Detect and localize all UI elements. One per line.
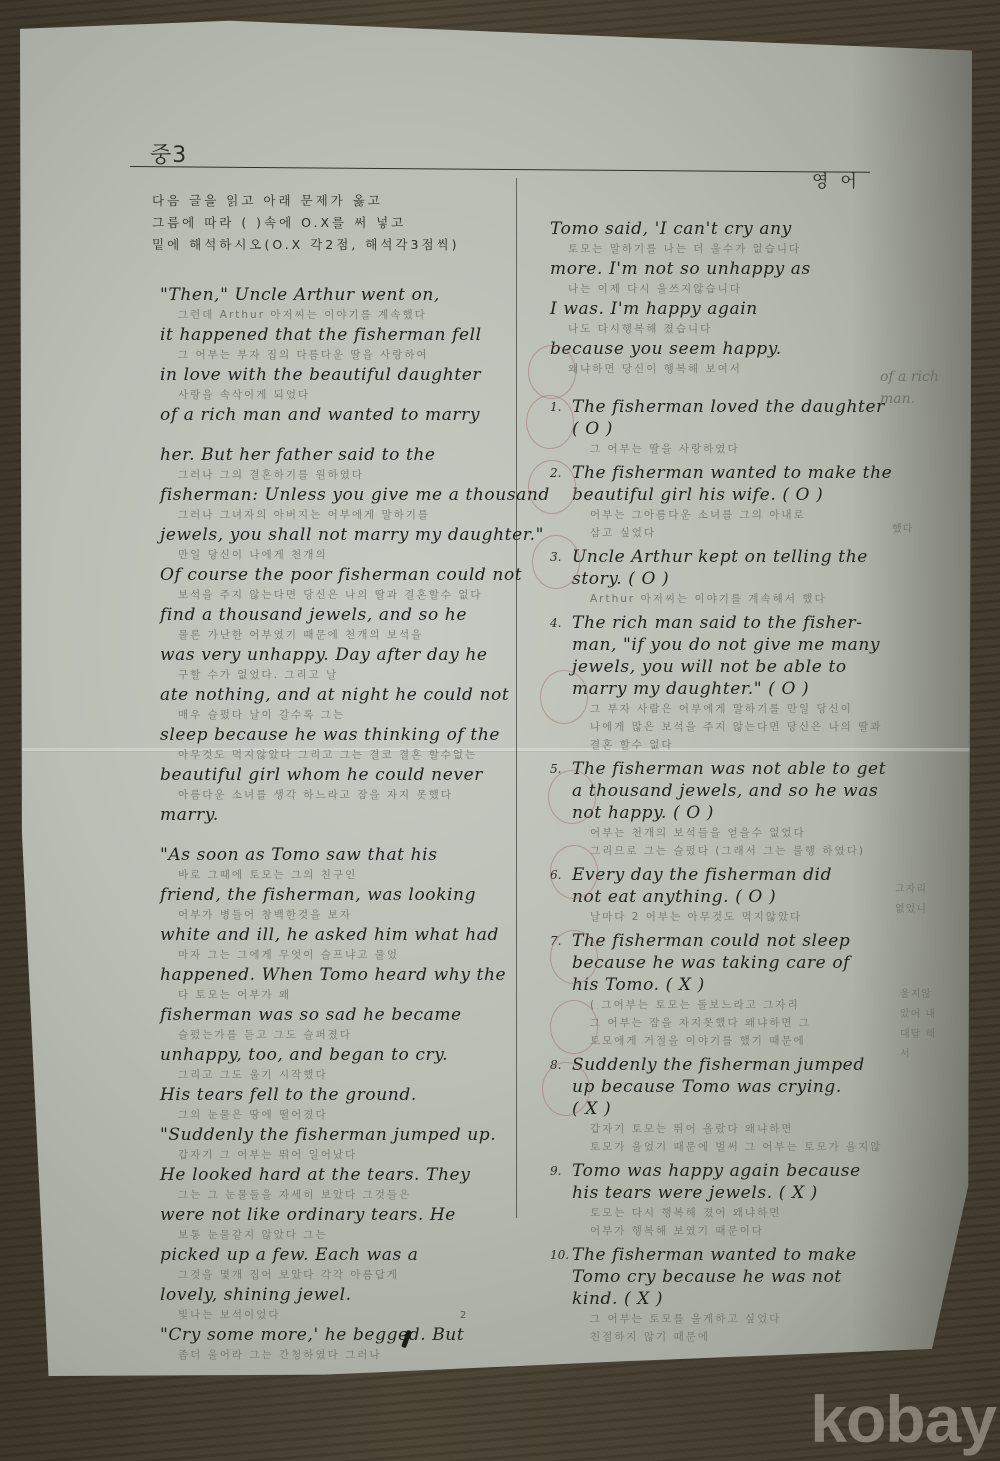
question-line: a thousand jewels, and so he was — [572, 780, 880, 802]
question-line: his tears were jewels. ( X ) — [572, 1182, 880, 1204]
subject-label: 영어 — [812, 167, 869, 192]
question-item: 3.Uncle Arthur kept on telling thestory.… — [572, 546, 880, 608]
passage-line: "Cry some more,' he begged. But — [160, 1324, 530, 1346]
grading-circle-mark — [550, 1000, 598, 1054]
question-item: 8.Suddenly the fisherman jumpedup becaus… — [572, 1054, 880, 1156]
question-line: The fisherman loved the daughter — [572, 396, 880, 418]
question-number: 10. — [550, 1244, 569, 1266]
korean-translation: 그 어부는 부자 집의 다름다운 딸을 사랑하여 — [160, 346, 530, 364]
korean-translation: 빛나는 보석이었다 — [160, 1306, 530, 1324]
korean-translation: 그러나 그녀자의 아버지는 어부에게 말하기를 — [160, 506, 530, 524]
korean-translation: 아무것도 먹지않았다 그리고 그는 결코 결혼 할수없는 — [160, 746, 530, 764]
korean-translation: 만일 당신이 나에게 천개의 — [160, 546, 530, 564]
korean-translation: 결혼 할수 없다 — [572, 736, 880, 754]
passage-line: His tears fell to the ground. — [160, 1084, 530, 1106]
grading-circle-mark — [542, 1062, 590, 1116]
question-line: The fisherman was not able to get — [572, 758, 880, 780]
question-line: The fisherman wanted to make — [572, 1244, 880, 1266]
korean-translation: 다 토모는 어부가 왜 — [160, 986, 530, 1004]
question-line: marry my daughter." ( O ) — [572, 678, 880, 700]
question-line: The fisherman could not sleep — [572, 930, 880, 952]
korean-translation: 그리고 그도 울기 시작했다 — [160, 1066, 530, 1084]
passage-line: friend, the fisherman, was looking — [160, 884, 530, 906]
question-number: 4. — [550, 612, 561, 634]
story-line: I was. I'm happy again — [550, 298, 880, 320]
question-line: The rich man said to the fisher- — [572, 612, 880, 634]
question-line: Uncle Arthur kept on telling the — [572, 546, 880, 568]
korean-translation: 왜냐하면 당신이 행복해 보여서 — [550, 360, 880, 378]
korean-translation: 친절하지 않기 때문에 — [572, 1328, 880, 1346]
passage-line: lovely, shining jewel. — [160, 1284, 530, 1306]
question-line: Tomo was happy again because — [572, 1160, 880, 1182]
passage-line: happened. When Tomo heard why the — [160, 964, 530, 986]
korean-translation: 토모는 말하기를 나는 더 울수가 없습니다 — [550, 240, 880, 258]
korean-translation: 갑자기 토모는 뛰어 올랐다 왜냐하면 — [572, 1120, 880, 1138]
question-list: 1.The fisherman loved the daughter( O )그… — [550, 396, 880, 1346]
right-column: Tomo said, 'I can't cry any토모는 말하기를 나는 더… — [550, 218, 880, 1350]
korean-translation: 보통 눈물같지 않았다 그는 — [160, 1226, 530, 1244]
passage-line: "Then," Uncle Arthur went on, — [160, 284, 530, 306]
story-line: Tomo said, 'I can't cry any — [550, 218, 880, 240]
korean-translation: 나에게 많은 보석을 주지 않는다면 당신은 나의 딸과 — [572, 718, 880, 736]
korean-translation: 나는 이제 다시 울쓰지않습니다 — [550, 280, 880, 298]
story-continuation: Tomo said, 'I can't cry any토모는 말하기를 나는 더… — [550, 218, 880, 378]
passage-line: white and ill, he asked him what had — [160, 924, 530, 946]
question-line: because he was taking care of — [572, 952, 880, 974]
grading-circle-mark — [528, 460, 576, 514]
story-line: more. I'm not so unhappy as — [550, 258, 880, 280]
korean-translation: 그 어부는 토모를 울게하고 싶었다 — [572, 1310, 880, 1328]
question-line: Tomo cry because he was not — [572, 1266, 880, 1288]
question-line: The fisherman wanted to make the — [572, 462, 880, 484]
exam-instructions: 다음 글을 읽고 아래 문제가 옳고 그름에 따라 ( )속에 O.X를 써 넣… — [152, 190, 512, 256]
question-line: Suddenly the fisherman jumped — [572, 1054, 880, 1076]
story-line: because you seem happy. — [550, 338, 880, 360]
korean-translation: Arthur 아저씨는 이야기를 계속해서 했다 — [572, 590, 880, 608]
question-item: 10.The fisherman wanted to makeTomo cry … — [572, 1244, 880, 1346]
question-line: jewels, you will not be able to — [572, 656, 880, 678]
korean-translation: 그 어부는 잠을 자지못했다 왜냐하면 그 — [572, 1014, 880, 1032]
korean-translation: 그는 그 눈물들을 자세히 보았다 그것들은 — [160, 1186, 530, 1204]
grading-circle-mark — [550, 845, 598, 899]
grading-circle-mark — [528, 345, 576, 399]
question-line: not eat anything. ( O ) — [572, 886, 880, 908]
korean-translation: 그것을 몇개 집어 보았다 각각 아름답게 — [160, 1266, 530, 1284]
passage-line: find a thousand jewels, and so he — [160, 604, 530, 626]
margin-note-q1: of a rich man. — [880, 366, 939, 410]
korean-translation: 매우 슬펐다 날이 갈수록 그는 — [160, 706, 530, 724]
page-number: 2 — [460, 1310, 466, 1321]
margin-note-ko: 그자리 없었니 — [895, 880, 935, 920]
passage-line: "As soon as Tomo saw that his — [160, 844, 530, 866]
grading-circle-mark — [532, 535, 580, 589]
korean-translation: 사랑을 속삭이게 되었다 — [160, 386, 530, 404]
question-item: 2.The fisherman wanted to make thebeauti… — [572, 462, 880, 542]
question-item: 9.Tomo was happy again becausehis tears … — [572, 1160, 880, 1240]
korean-translation: 바로 그때에 토모는 그의 친구인 — [160, 866, 530, 884]
korean-translation: 갑자기 그 어부는 뛰어 일어났다 — [160, 1146, 530, 1164]
korean-translation: 그리므로 그는 슬펐다 (그래서 그는 불행 하였다) — [572, 842, 880, 860]
question-line: ( O ) — [572, 418, 880, 440]
passage-line: He looked hard at the tears. They — [160, 1164, 530, 1186]
grading-circle-mark — [526, 395, 574, 449]
korean-translation: 그 어부는 딸을 사랑하였다 — [572, 440, 880, 458]
grading-circle-mark — [550, 930, 598, 984]
question-line: up because Tomo was crying. — [572, 1076, 880, 1098]
question-line: story. ( O ) — [572, 568, 880, 590]
passage-line: unhappy, too, and began to cry. — [160, 1044, 530, 1066]
korean-translation: 슬펐는가를 듣고 그도 슬퍼졌다 — [160, 1026, 530, 1044]
passage-line: were not like ordinary tears. He — [160, 1204, 530, 1226]
passage-line: fisherman was so sad he became — [160, 1004, 530, 1026]
korean-translation: 어부는 그아름다운 소녀를 그의 아내로 — [572, 506, 880, 524]
korean-translation: 좀더 울어라 그는 간청하였다 그러나 — [160, 1346, 530, 1364]
korean-translation: 어부는 천개의 보석들을 얻을수 없었다 — [572, 824, 880, 842]
korean-translation — [160, 426, 530, 444]
korean-translation: 아름다운 소녀를 생각 하느라고 잠을 자지 못했다 — [160, 786, 530, 804]
passage-line: Of course the poor fisherman could not — [160, 564, 530, 586]
passage-line: ate nothing, and at night he could not — [160, 684, 530, 706]
korean-translation: 날마다 2 어부는 아무것도 먹지않았다 — [572, 908, 880, 926]
korean-translation: 토모는 다시 행복해 졌어 왜냐하면 — [572, 1204, 880, 1222]
passage-line: of a rich man and wanted to marry — [160, 404, 530, 426]
korean-translation: 토모가 울었기 때문에 벌써 그 어부는 토모가 울지않 — [572, 1138, 880, 1156]
grading-circle-mark — [548, 770, 596, 824]
question-item: 1.The fisherman loved the daughter( O )그… — [572, 396, 880, 458]
watermark-logo: kobay — [810, 1381, 996, 1457]
passage-line: it happened that the fisherman fell — [160, 324, 530, 346]
question-line: not happy. ( O ) — [572, 802, 880, 824]
question-line: ( X ) — [572, 1098, 880, 1120]
korean-translation: 어부가 병들어 창백한것을 보자 — [160, 906, 530, 924]
question-item: 5.The fisherman was not able to geta tho… — [572, 758, 880, 860]
korean-translation: 토모에게 거절을 이야기를 했기 때문에 — [572, 1032, 880, 1050]
passage-line: jewels, you shall not marry my daughter.… — [160, 524, 530, 546]
passage-line: fisherman: Unless you give me a thousand — [160, 484, 530, 506]
question-line: man, "if you do not give me many — [572, 634, 880, 656]
passage-line: was very unhappy. Day after day he — [160, 644, 530, 666]
korean-translation: 그런데 Arthur 아저씨는 이야기를 계속했다 — [160, 306, 530, 324]
question-item: 6.Every day the fisherman didnot eat any… — [572, 864, 880, 926]
korean-translation: 삼고 싶었다 — [572, 524, 880, 542]
question-line: his Tomo. ( X ) — [572, 974, 880, 996]
korean-translation: ( 그어부는 토모는 돌보느라고 그자리 — [572, 996, 880, 1014]
korean-translation: 그러나 그의 결혼하기를 원하였다 — [160, 466, 530, 484]
passage-line: her. But her father said to the — [160, 444, 530, 466]
korean-translation: 그의 눈물은 땅에 떨어졌다 — [160, 1106, 530, 1124]
korean-translation: 구할 수가 없었다. 그리고 날 — [160, 666, 530, 684]
question-line: beautiful girl his wife. ( O ) — [572, 484, 880, 506]
grade-label: 중3 — [150, 138, 187, 169]
question-number: 9. — [550, 1160, 561, 1182]
question-line: Every day the fisherman did — [572, 864, 880, 886]
korean-translation: 마자 그는 그에게 무엇이 슬프냐고 물었 — [160, 946, 530, 964]
korean-translation: 그 부자 사람은 어부에게 말하기를 만일 당신이 — [572, 700, 880, 718]
question-item: 7.The fisherman could not sleepbecause h… — [572, 930, 880, 1050]
passage-line: in love with the beautiful daughter — [160, 364, 530, 386]
passage-line: beautiful girl whom he could never — [160, 764, 530, 786]
margin-note-ko: 했다 — [892, 520, 913, 540]
margin-note-ko: 울지않았어 내 대답 해서 — [900, 985, 940, 1065]
korean-translation: 나도 다시행복해 졌습니다 — [550, 320, 880, 338]
passage-line: marry. — [160, 804, 530, 826]
korean-translation — [160, 826, 530, 844]
passage-line: sleep because he was thinking of the — [160, 724, 530, 746]
korean-translation: 물론 가난한 어부였기 때문에 천개의 보석을 — [160, 626, 530, 644]
question-item: 4.The rich man said to the fisher-man, "… — [572, 612, 880, 754]
question-line: kind. ( X ) — [572, 1288, 880, 1310]
grading-circle-mark — [540, 670, 588, 724]
passage-line: "Suddenly the fisherman jumped up. — [160, 1124, 530, 1146]
korean-translation: 어부가 행복해 보였기 때문이다 — [572, 1222, 880, 1240]
passage-line: picked up a few. Each was a — [160, 1244, 530, 1266]
reading-passage: "Then," Uncle Arthur went on,그런데 Arthur … — [160, 284, 530, 1364]
korean-translation: 보석을 주지 않는다면 당신은 나의 딸과 결혼할수 없다 — [160, 586, 530, 604]
